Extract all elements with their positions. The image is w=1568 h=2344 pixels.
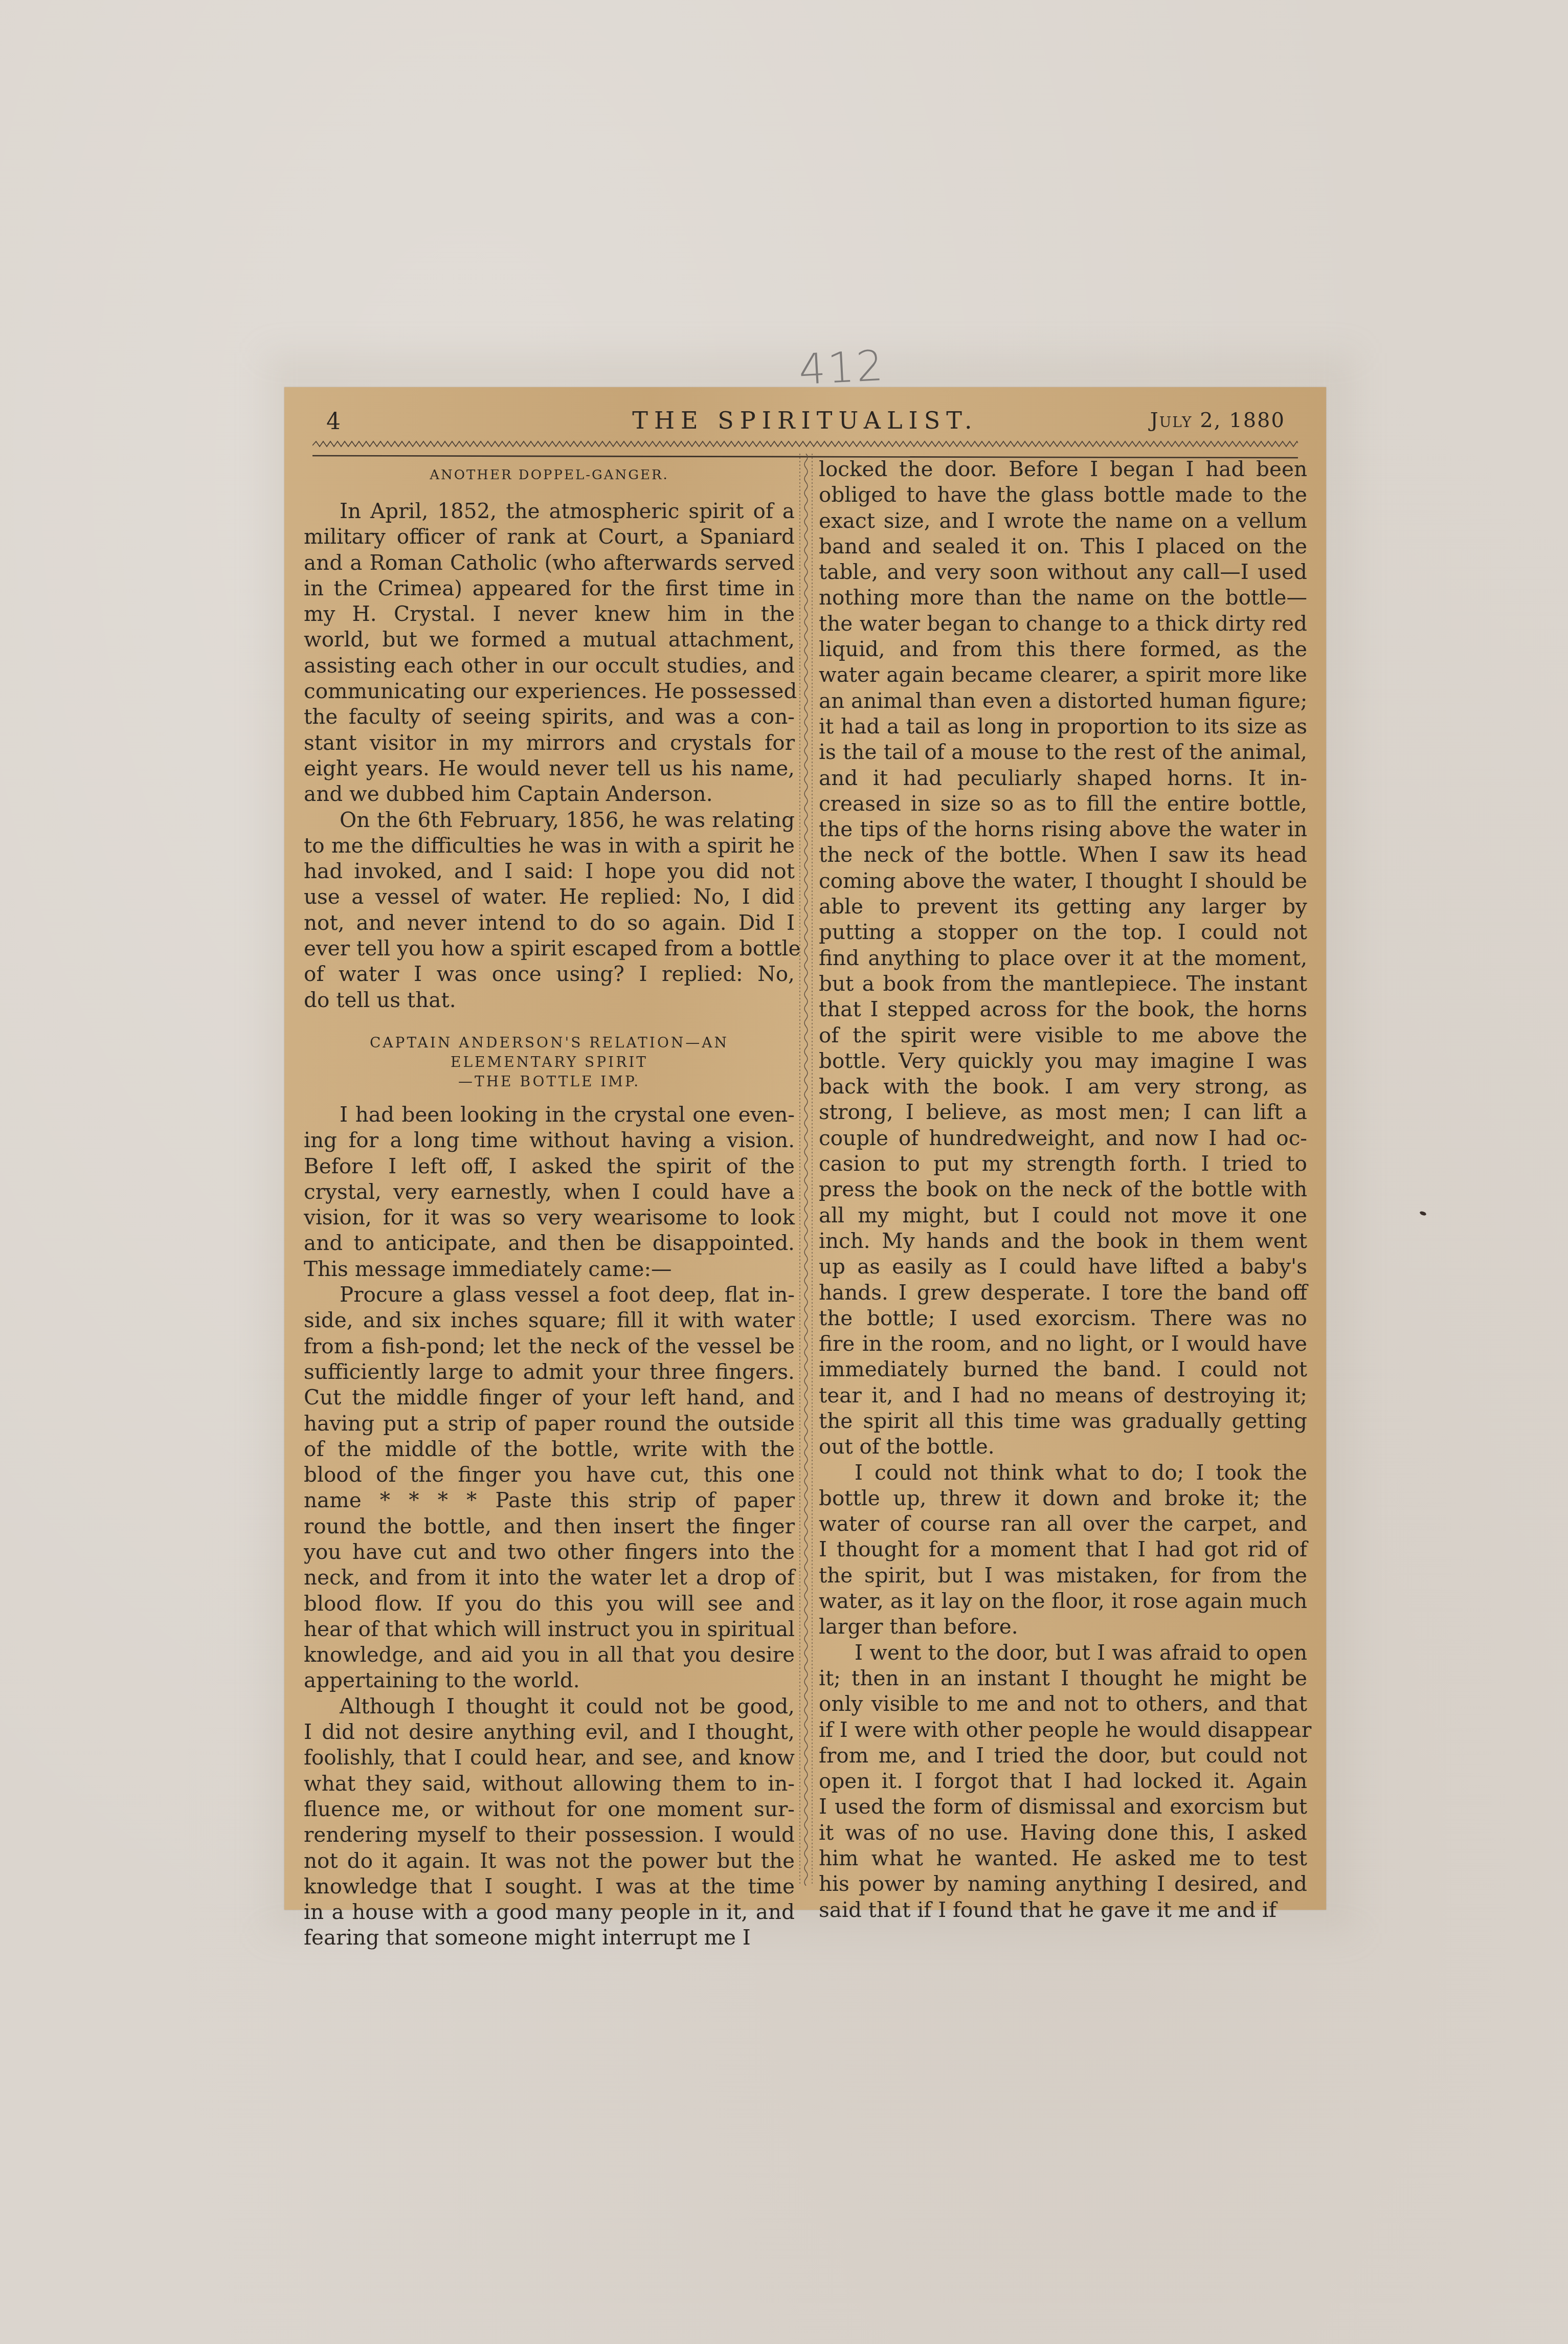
text-line: it was of no use. Having done this, I as…: [819, 1820, 1307, 1845]
left-column: ANOTHER DOPPEL-GANGER. In April, 1852, t…: [304, 456, 795, 1951]
text-line: the spirit all this time was gradually g…: [819, 1408, 1307, 1434]
text-line: tear it, and I had no means of destroyin…: [819, 1382, 1307, 1408]
text-line: eight years. He would never tell us his …: [304, 755, 795, 781]
text-line: only visible to me and not to others, an…: [819, 1691, 1307, 1716]
text-line: said that if I found that he gave it me …: [819, 1897, 1307, 1923]
text-line: I could not think what to do; I took the: [819, 1460, 1307, 1485]
text-line: obliged to have the glass bottle made to…: [819, 482, 1307, 507]
text-line: in the Crimea) appeared for the first ti…: [304, 575, 795, 601]
text-line: stant visitor in my mirrors and crystals…: [304, 730, 795, 755]
text-line: world, but we formed a mutual attachment…: [304, 627, 795, 652]
right-column: locked the door. Before I began I had be…: [819, 456, 1307, 1923]
paragraph: Procure a glass vessel a foot deep, flat…: [304, 1282, 795, 1693]
text-line: In April, 1852, the atmospheric spirit o…: [304, 498, 795, 524]
text-line: you have cut and two other fingers into …: [304, 1539, 795, 1565]
text-line: the faculty of seeing spirits, and was a…: [304, 704, 795, 729]
text-line: an animal than even a distorted human fi…: [819, 688, 1307, 713]
text-line: the spirit, but I was mistaken, for from…: [819, 1562, 1307, 1588]
text-line: not, and never intend to do so again. Di…: [304, 910, 795, 935]
section-subheading: CAPTAIN ANDERSON'S RELATION—AN ELEMENTAR…: [304, 1033, 795, 1091]
text-line: Before I left off, I asked the spirit of…: [304, 1153, 795, 1179]
text-line: creased in size so as to fill the entire…: [819, 791, 1307, 816]
pencil-page-number: 412: [798, 342, 886, 395]
text-line: assisting each other in our occult studi…: [304, 653, 795, 678]
running-head: 4 THE SPIRITUALIST. July 2, 1880: [284, 397, 1326, 438]
paragraph: In April, 1852, the atmospheric spirit o…: [304, 498, 795, 807]
text-line: couple of hundredweight, and now I had o…: [819, 1125, 1307, 1151]
text-line: able to prevent its getting any larger b…: [819, 894, 1307, 919]
text-line: blood of the finger you have cut, this o…: [304, 1462, 795, 1487]
subheading-line: CAPTAIN ANDERSON'S RELATION—AN ELEMENTAR…: [304, 1033, 795, 1072]
text-line: hear of that which will instruct you in …: [304, 1616, 795, 1642]
text-line: him what he wanted. He asked me to test: [819, 1845, 1307, 1871]
text-line: water of course ran all over the carpet,…: [819, 1511, 1307, 1536]
text-line: and to anticipate, and then be disappoin…: [304, 1230, 795, 1256]
text-line: it had a tail as long in proportion to i…: [819, 713, 1307, 739]
text-line: his power by naming anything I desired, …: [819, 1871, 1307, 1896]
text-line: exact size, and I wrote the name on a ve…: [819, 508, 1307, 533]
column-divider: [796, 454, 816, 1886]
text-line: the neck of the bottle. When I saw its h…: [819, 842, 1307, 867]
text-line: This message immediately came:—: [304, 1256, 795, 1282]
text-line: liquid, and from this there formed, as t…: [819, 636, 1307, 662]
text-line: knowledge that I sought. I was at the ti…: [304, 1873, 795, 1899]
paragraph: I went to the door, but I was afraid to …: [819, 1640, 1307, 1923]
text-line: side, and six inches square; fill it wit…: [304, 1307, 795, 1333]
text-line: Procure a glass vessel a foot deep, flat…: [304, 1282, 795, 1307]
text-line: casion to put my strength forth. I tried…: [819, 1151, 1307, 1176]
text-line: the tips of the horns rising above the w…: [819, 816, 1307, 842]
text-line: water again became clearer, a spirit mor…: [819, 662, 1307, 687]
text-line: I used the form of dismissal and exorcis…: [819, 1794, 1307, 1819]
issue-date: July 2, 1880: [1150, 409, 1285, 432]
text-line: from me, and I tried the door, but could…: [819, 1743, 1307, 1768]
text-line: nothing more than the name on the bottle…: [819, 585, 1307, 610]
text-line: all my might, but I could not move it on…: [819, 1202, 1307, 1228]
text-line: locked the door. Before I began I had be…: [819, 456, 1307, 482]
text-line: sufficiently large to admit your three f…: [304, 1359, 795, 1385]
text-line: inch. My hands and the book in them went: [819, 1228, 1307, 1254]
text-line: fearing that someone might interrupt me …: [304, 1925, 795, 1950]
text-line: had invoked, and I said: I hope you did …: [304, 858, 795, 884]
text-line: crystal, very earnestly, when I could ha…: [304, 1179, 795, 1204]
text-line: is the tail of a mouse to the rest of th…: [819, 739, 1307, 765]
text-line: that I stepped across for the book, the …: [819, 996, 1307, 1022]
text-line: coming above the water, I thought I shou…: [819, 868, 1307, 894]
text-line: what they said, without allowing them to…: [304, 1771, 795, 1796]
text-line: strong, I believe, as most men; I can li…: [819, 1099, 1307, 1125]
text-line: larger than before.: [819, 1614, 1307, 1639]
text-line: fluence me, or without for one moment su…: [304, 1796, 795, 1822]
text-line: I did not desire anything evil, and I th…: [304, 1719, 795, 1745]
text-line: but a book from the mantlepiece. The ins…: [819, 971, 1307, 996]
text-line: up as easily as I could have lifted a ba…: [819, 1254, 1307, 1279]
text-line: I went to the door, but I was afraid to …: [819, 1640, 1307, 1665]
text-line: Although I thought it could not be good,: [304, 1693, 795, 1719]
text-line: Cut the middle finger of your left hand,…: [304, 1385, 795, 1410]
newspaper-clipping: 4 THE SPIRITUALIST. July 2, 1880 ANOTHER…: [284, 387, 1326, 1910]
text-line: table, and very soon without any call—I …: [819, 559, 1307, 585]
text-line: and it had peculiarly shaped horns. It i…: [819, 765, 1307, 791]
paragraph: I could not think what to do; I took the…: [819, 1460, 1307, 1640]
text-line: water, as it lay on the floor, it rose a…: [819, 1588, 1307, 1614]
text-line: knowledge, and aid you in all that you d…: [304, 1642, 795, 1667]
text-line: and a Roman Catholic (who afterwards ser…: [304, 550, 795, 575]
mount-speck: [1419, 1211, 1427, 1216]
text-line: round the bottle, and then insert the fi…: [304, 1513, 795, 1539]
text-line: press the book on the neck of the bottle…: [819, 1176, 1307, 1202]
text-line: having put a strip of paper round the ou…: [304, 1411, 795, 1436]
text-line: rendering myself to their possession. I …: [304, 1822, 795, 1847]
text-line: name * * * * Paste this strip of paper: [304, 1487, 795, 1513]
text-line: ing for a long time without having a vis…: [304, 1127, 795, 1153]
text-line: find anything to place over it at the mo…: [819, 945, 1307, 971]
text-line: fire in the room, and no light, or I wou…: [819, 1331, 1307, 1356]
text-line: blood flow. If you do this you will see …: [304, 1591, 795, 1616]
text-line: of the middle of the bottle, write with …: [304, 1436, 795, 1462]
text-line: immediately burned the band. I could not: [819, 1356, 1307, 1382]
text-line: the bottle; I used exorcism. There was n…: [819, 1305, 1307, 1331]
paragraph: On the 6th February, 1856, he was relati…: [304, 807, 795, 1013]
text-line: not do it again. It was not the power bu…: [304, 1848, 795, 1873]
text-line: out of the bottle.: [819, 1434, 1307, 1459]
text-line: do tell us that.: [304, 987, 795, 1013]
text-line: from a fish-pond; let the neck of the ve…: [304, 1333, 795, 1359]
text-line: my H. Crystal. I never knew him in the: [304, 601, 795, 627]
text-line: of the spirit were visible to me above t…: [819, 1022, 1307, 1048]
text-line: hands. I grew desperate. I tore the band…: [819, 1280, 1307, 1305]
text-line: bottle up, threw it down and broke it; t…: [819, 1485, 1307, 1511]
text-line: military officer of rank at Court, a Spa…: [304, 524, 795, 549]
text-line: open it. I forgot that I had locked it. …: [819, 1768, 1307, 1794]
text-line: the water began to change to a thick dir…: [819, 611, 1307, 636]
paragraph: Although I thought it could not be good,…: [304, 1693, 795, 1951]
text-line: I thought for a moment that I had got ri…: [819, 1536, 1307, 1562]
text-line: bottle. Very quickly you may imagine I w…: [819, 1048, 1307, 1074]
text-line: foolishly, that I could hear, and see, a…: [304, 1745, 795, 1770]
text-line: communicating our experiences. He posses…: [304, 678, 795, 704]
text-line: use a vessel of water. He replied: No, I…: [304, 884, 795, 909]
text-line: neck, and from it into the water let a d…: [304, 1565, 795, 1590]
article-heading: ANOTHER DOPPEL-GANGER.: [304, 465, 795, 485]
text-line: back with the book. I am very strong, as: [819, 1074, 1307, 1099]
text-line: it; then in an instant I thought he migh…: [819, 1665, 1307, 1691]
subheading-line: —THE BOTTLE IMP.: [304, 1072, 795, 1091]
text-line: vision, for it was so very wearisome to …: [304, 1204, 795, 1230]
text-line: in a house with a good many people in it…: [304, 1899, 795, 1925]
text-line: putting a stopper on the top. I could no…: [819, 919, 1307, 945]
paragraph: locked the door. Before I began I had be…: [819, 456, 1307, 1460]
text-line: of water I was once using? I replied: No…: [304, 961, 795, 987]
text-line: to me the difficulties he was in with a …: [304, 833, 795, 858]
text-line: and we dubbed him Captain Anderson.: [304, 781, 795, 807]
text-line: band and sealed it on. This I placed on …: [819, 533, 1307, 559]
text-line: I had been looking in the crystal one ev…: [304, 1102, 795, 1127]
text-line: appertaining to the world.: [304, 1667, 795, 1693]
text-line: if I were with other people he would dis…: [819, 1717, 1307, 1743]
paragraph: I had been looking in the crystal one ev…: [304, 1102, 795, 1282]
text-line: On the 6th February, 1856, he was relati…: [304, 807, 795, 833]
text-line: ever tell you how a spirit escaped from …: [304, 935, 795, 961]
